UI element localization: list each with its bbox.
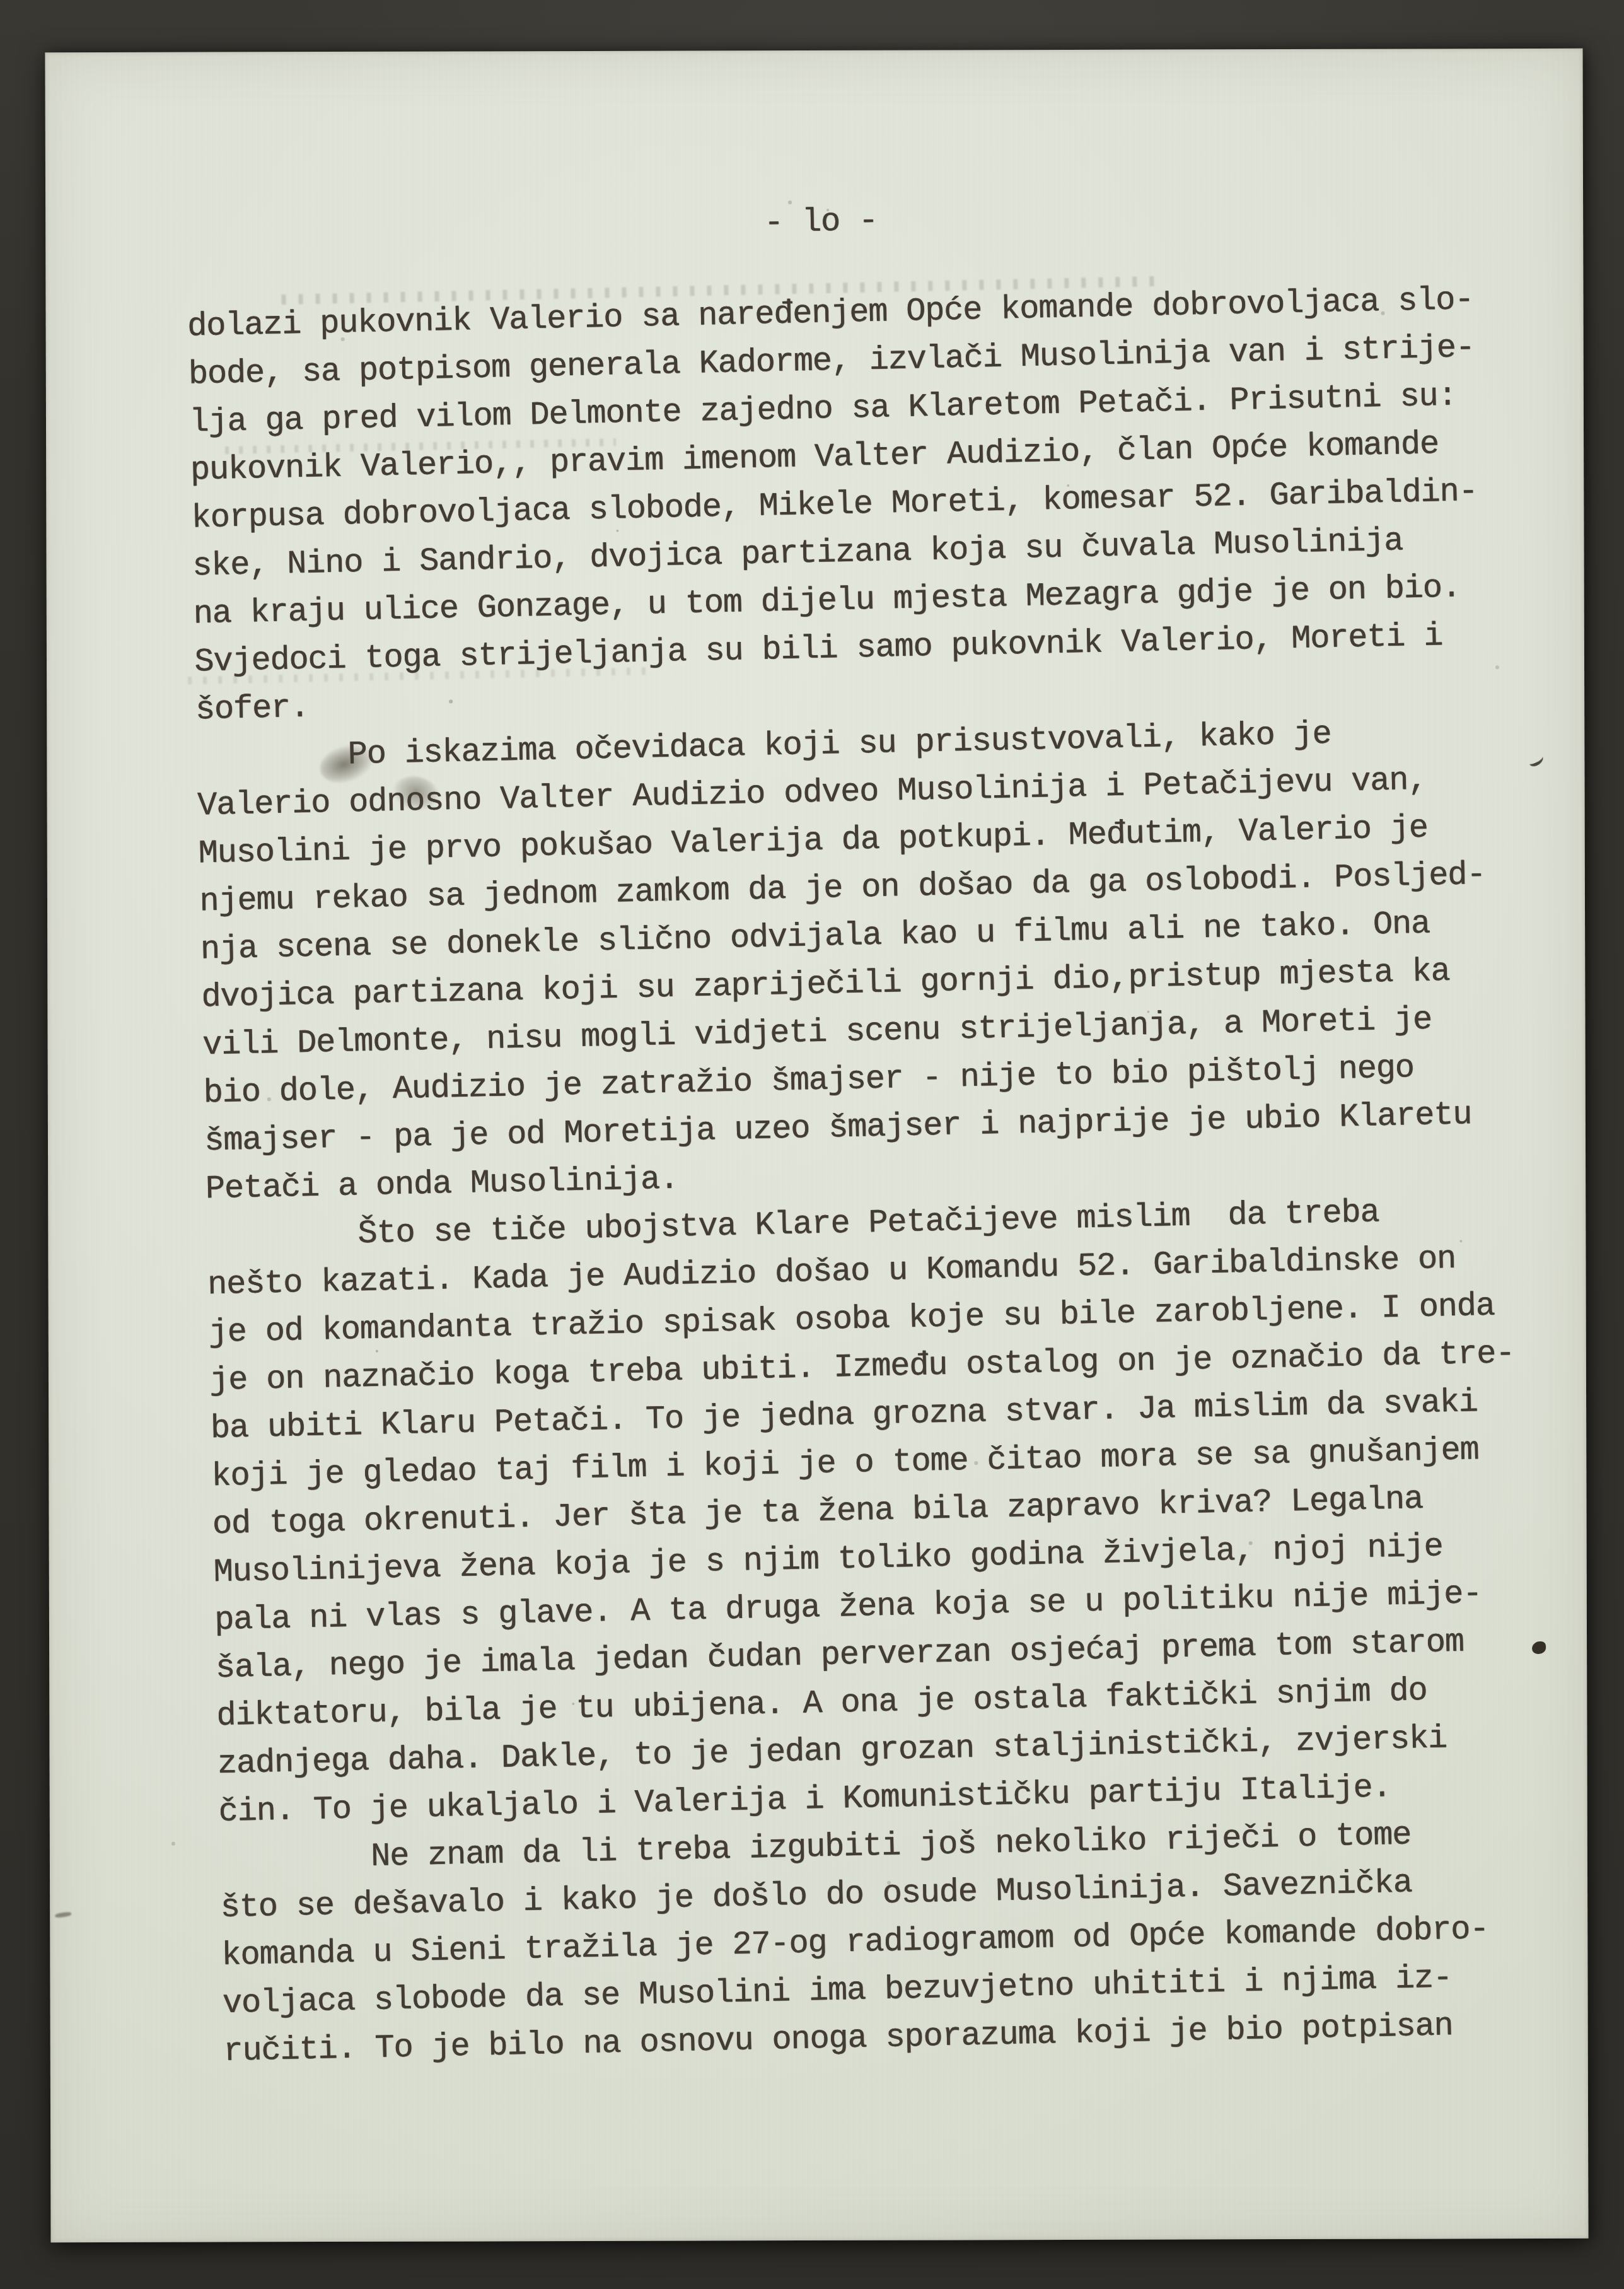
paper-sheet: - lo - dolazi pukovnik Valerio sa naređe…: [45, 49, 1588, 2242]
typewritten-content: - lo - dolazi pukovnik Valerio sa naređe…: [187, 275, 1553, 2076]
margin-pen-tick: [55, 1911, 72, 1918]
paper-speckles: [45, 52, 46, 54]
page-number: - lo -: [763, 197, 878, 248]
body-text: dolazi pukovnik Valerio sa naređenjem Op…: [187, 275, 1553, 2076]
margin-pen-tick: [1527, 752, 1545, 768]
